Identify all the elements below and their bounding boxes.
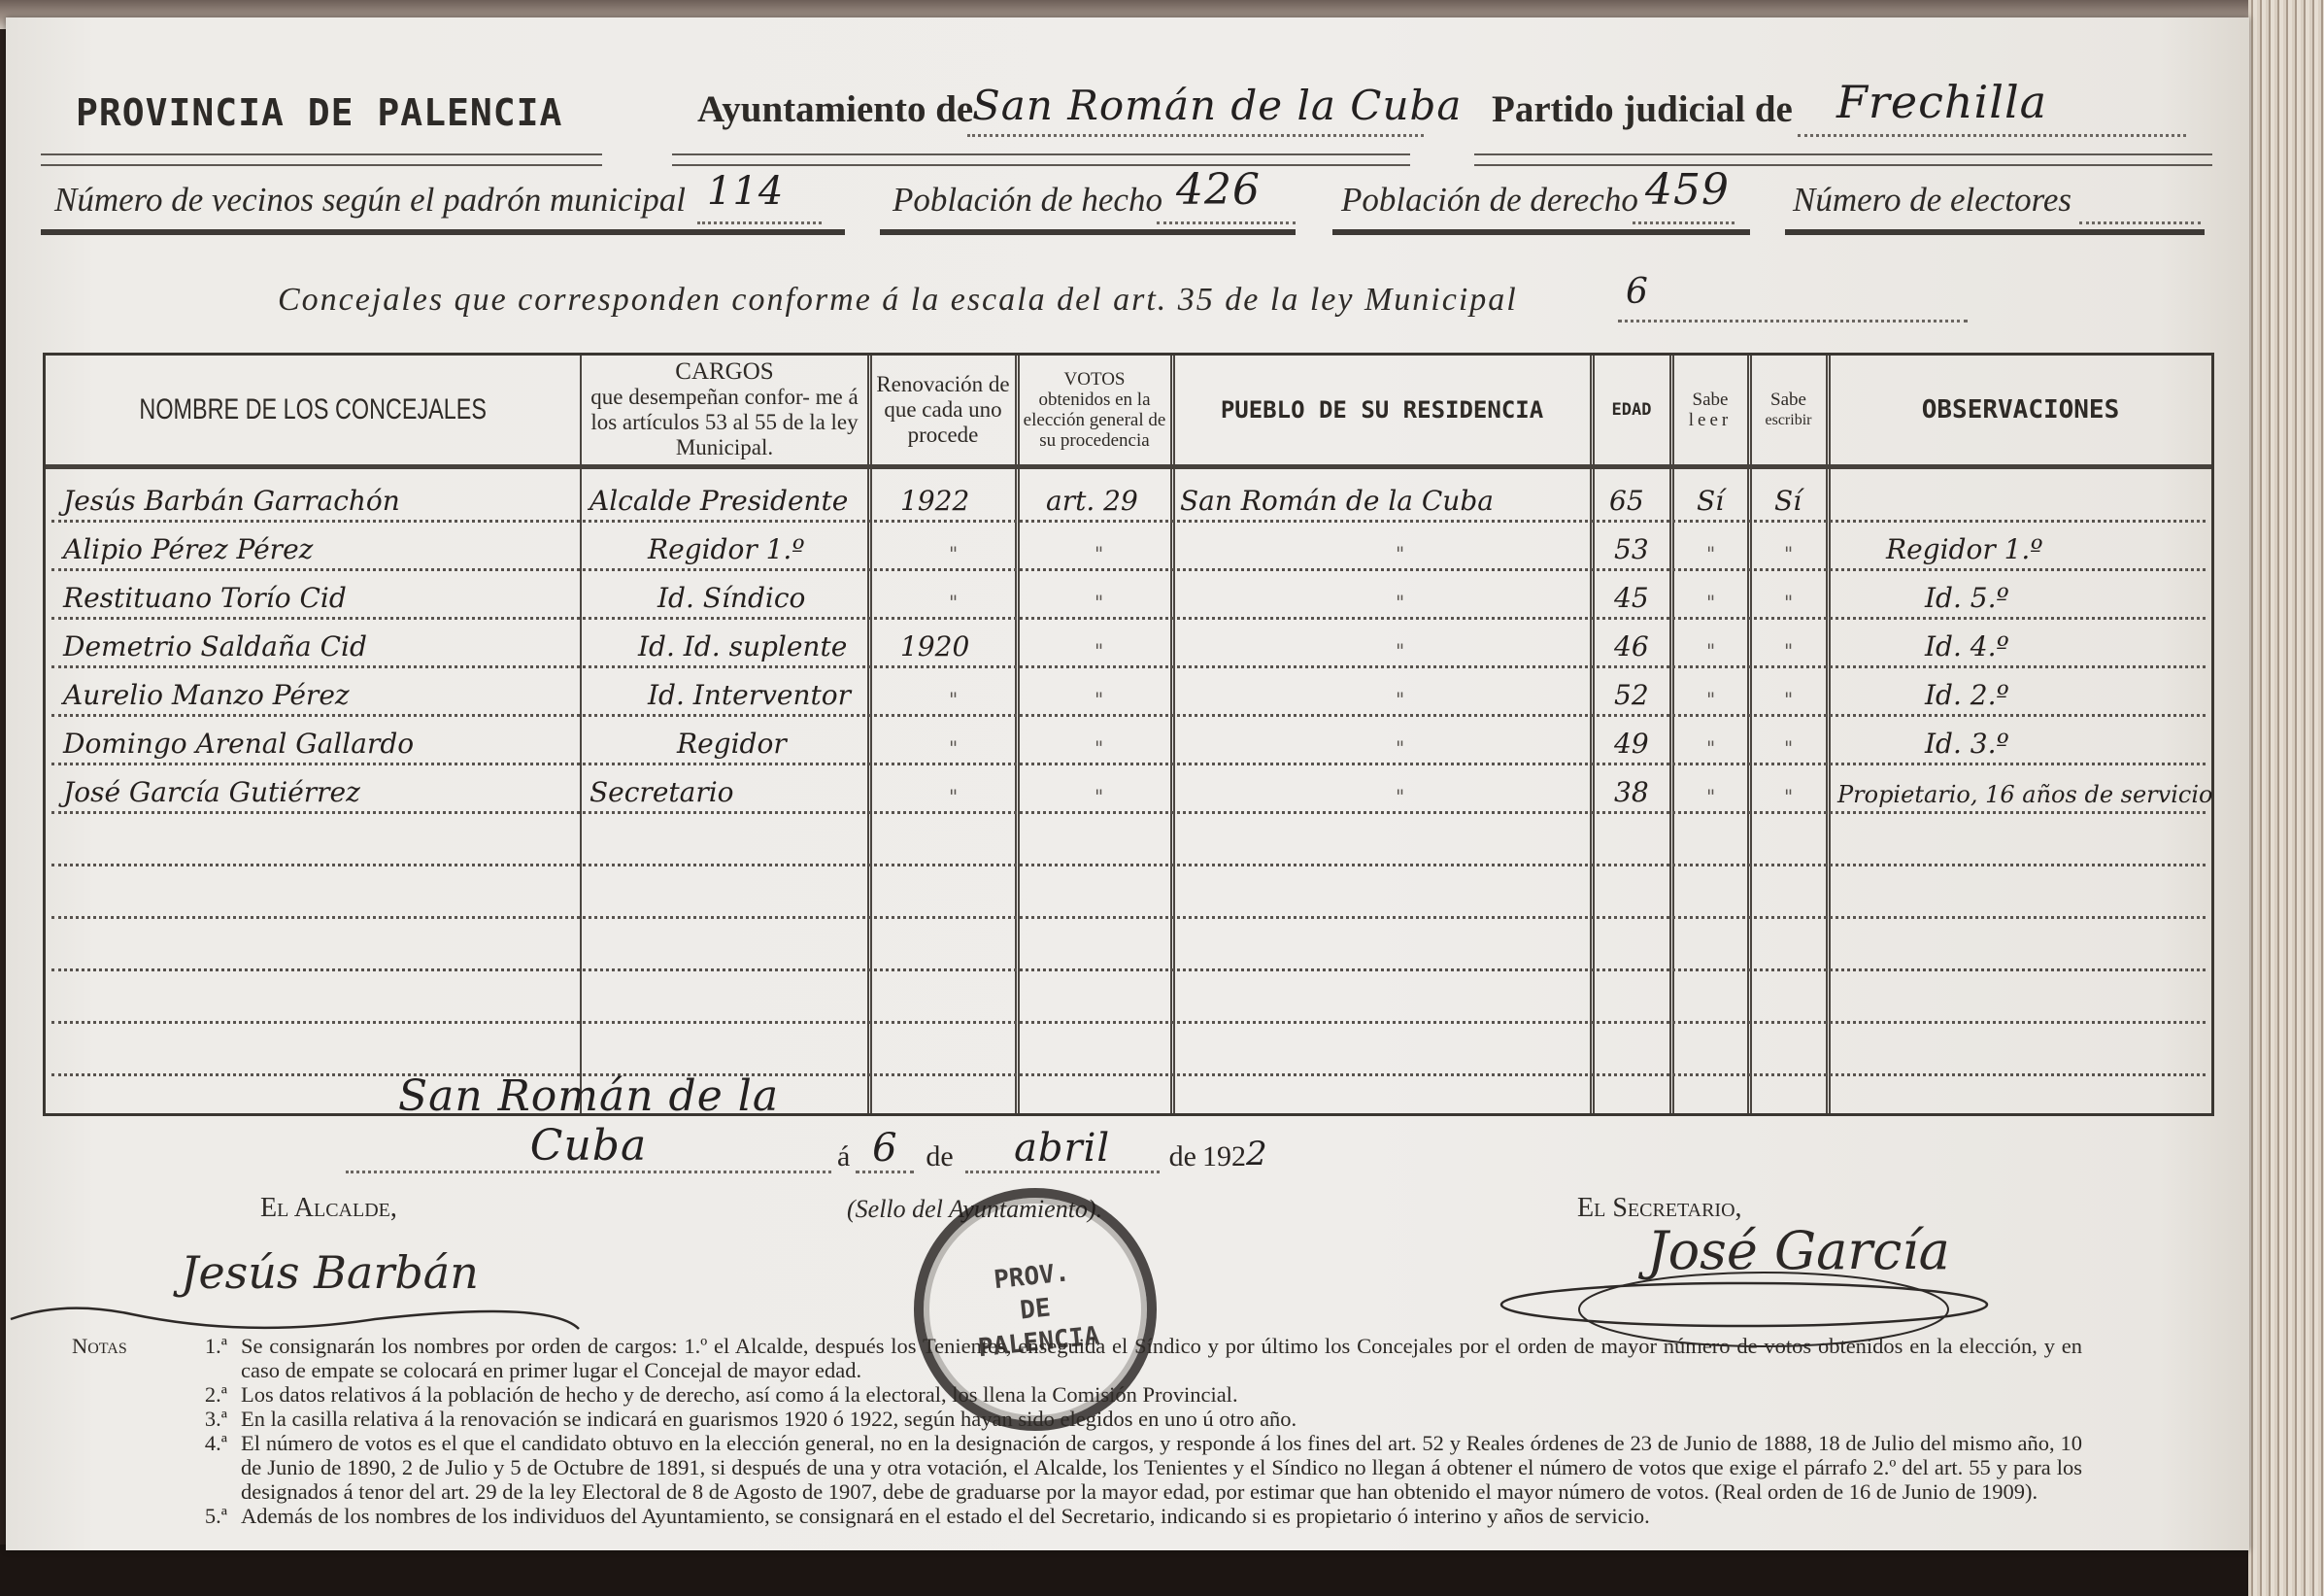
book-cover-bottom [0,1545,2324,1596]
day-value: 6 [856,1126,914,1173]
ayuntamiento-value: San Román de la Cuba [972,82,1462,129]
de-label-2: de [1160,1140,1202,1173]
divider [880,229,1296,235]
a-label: á [831,1140,856,1173]
divider [1474,153,2212,166]
divider [41,229,845,235]
ayuntamiento-label: Ayuntamiento de [697,87,973,131]
concejales-field [1618,294,1968,323]
poblacion-hecho-value: 426 [1176,165,1261,215]
poblacion-derecho-label: Población de derecho [1341,181,1638,220]
divider [1785,229,2205,235]
vecinos-label: Número de vecinos según el padrón munici… [54,181,686,220]
poblacion-hecho-label: Población de hecho [893,181,1162,220]
table-row-empty [46,923,2211,971]
poblacion-derecho-value: 459 [1645,165,1730,215]
year-printed: 192 [1202,1140,1246,1173]
header-observaciones: OBSERVACIONES [1830,356,2211,464]
electores-field [2079,190,2201,224]
header-nombre: NOMBRE DE LOS CONCEJALES [46,356,580,464]
note-item: 4.ª El número de votos es el que el cand… [72,1431,2082,1504]
electores-label: Número de electores [1793,181,2071,220]
divider [41,153,602,166]
header-pueblo: PUEBLO DE SU RESIDENCIA [1174,356,1590,464]
header-cargos: CARGOS que desempeñan confor- me á los a… [582,356,867,464]
partido-value: Frechilla [1836,76,2047,128]
concejales-value: 6 [1626,272,1649,312]
vecinos-value: 114 [707,169,784,214]
note-item: 3.ª En la casilla relativa á la renovaci… [72,1407,2082,1431]
header-renovacion: Renovación de que cada uno procede [871,356,1015,464]
note-item: Notas 1.ª Se consignarán los nombres por… [72,1334,2082,1382]
header-edad: EDAD [1594,356,1669,464]
table-row: Restituano Torío Cid Id. Síndico " " " 4… [46,571,2211,620]
table-row: Aurelio Manzo Pérez Id. Interventor " " … [46,668,2211,717]
de-label: de [914,1140,964,1173]
divider [1332,229,1750,235]
year-handwritten: 2 [1246,1135,1268,1173]
concejales-table: NOMBRE DE LOS CONCEJALES CARGOS que dese… [43,353,2214,1116]
concejales-label: Concejales que corresponden conforme á l… [278,282,1518,319]
table-row: Demetrio Saldaña Cid Id. Id. suplente 19… [46,620,2211,668]
book-page-edges [2248,0,2324,1596]
province-title: PROVINCIA DE PALENCIA [76,91,562,134]
table-row: Domingo Arenal Gallardo Regidor " " " 49… [46,717,2211,765]
table-row-empty [46,1028,2211,1076]
header-escribir: Sabe escribir [1751,356,1826,464]
table-row: Jesús Barbán Garrachón Alcalde President… [46,474,2211,523]
partido-label: Partido judicial de [1492,87,1793,131]
notes-label: Notas [72,1334,127,1382]
place-value: San Román de la Cuba [346,1071,831,1173]
month-value: abril [965,1126,1160,1173]
note-item: 5.ª Además de los nombres de los individ… [72,1504,2082,1528]
place-date-line: San Román de la Cuba á 6 de abril de 192… [346,1135,1375,1173]
header-leer: Sabe leer [1673,356,1747,464]
document-page: PROVINCIA DE PALENCIA Ayuntamiento de Sa… [6,17,2249,1550]
divider [672,153,1410,166]
alcalde-label: El Alcalde, [260,1193,397,1224]
table-row-empty [46,818,2211,866]
table-row: José García Gutiérrez Secretario " " " 3… [46,765,2211,814]
table-row-empty [46,870,2211,919]
notes-section: Notas 1.ª Se consignarán los nombres por… [72,1334,2082,1528]
note-item: 2.ª Los datos relativos á la población d… [72,1382,2082,1407]
table-row: Alipio Pérez Pérez Regidor 1.º " " " 53 … [46,523,2211,571]
table-row-empty [46,975,2211,1024]
header-votos: VOTOS obtenidos en la elección general d… [1019,356,1170,464]
